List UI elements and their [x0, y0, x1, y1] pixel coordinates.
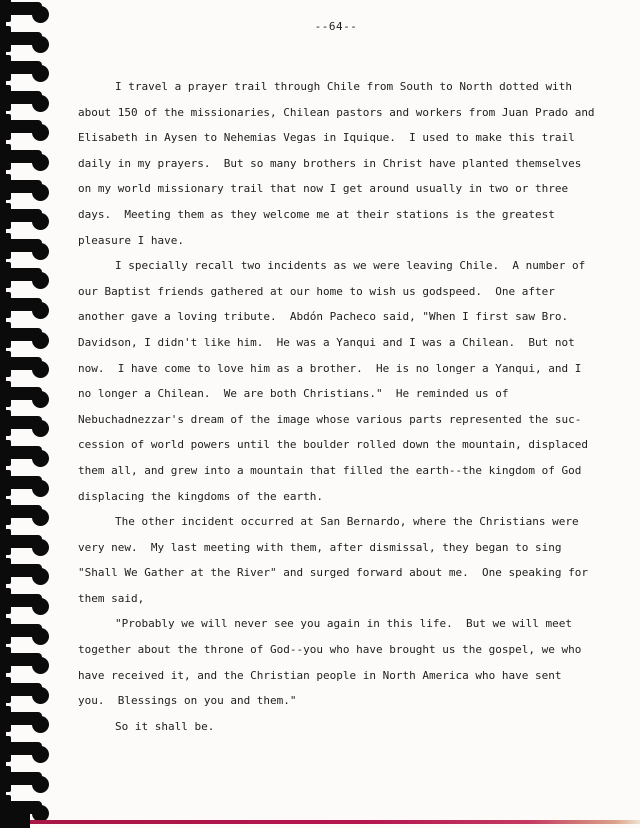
text-line: The other incident occurred at San Berna… — [78, 509, 618, 535]
text-line: daily in my prayers. But so many brother… — [78, 151, 618, 177]
text-line: them all, and grew into a mountain that … — [78, 458, 618, 484]
text-line: Elisabeth in Aysen to Nehemias Vegas in … — [78, 125, 618, 151]
binding-tooth — [0, 416, 42, 429]
text-line: another gave a loving tribute. Abdón Pac… — [78, 304, 618, 330]
text-line: Nebuchadnezzar's dream of the image whos… — [78, 407, 618, 433]
binding-tooth — [0, 535, 42, 548]
text-line: So it shall be. — [78, 714, 618, 740]
text-line: I specially recall two incidents as we w… — [78, 253, 618, 279]
text-line: together about the throne of God--you wh… — [78, 637, 618, 663]
binding-tooth — [0, 476, 42, 489]
binding-tooth — [0, 91, 42, 104]
binding-tooth — [0, 594, 42, 607]
text-line: you. Blessings on you and them." — [78, 688, 618, 714]
binding-tooth — [0, 2, 42, 15]
binding-tooth — [0, 180, 42, 193]
text-line: on my world missionary trail that now I … — [78, 176, 618, 202]
text-line: "Probably we will never see you again in… — [78, 611, 618, 637]
paragraph: I travel a prayer trail through Chile fr… — [78, 74, 618, 253]
paragraph: I specially recall two incidents as we w… — [78, 253, 618, 509]
text-line: pleasure I have. — [78, 228, 618, 254]
binding-tooth — [0, 328, 42, 341]
binding-tooth — [0, 32, 42, 45]
text-line: Davidson, I didn't like him. He was a Ya… — [78, 330, 618, 356]
binding-tooth — [0, 268, 42, 281]
text-line: cession of world powers until the boulde… — [78, 432, 618, 458]
binding-tooth — [0, 564, 42, 577]
text-line: about 150 of the missionaries, Chilean p… — [78, 100, 618, 126]
text-line: "Shall We Gather at the River" and surge… — [78, 560, 618, 586]
binding-tooth — [0, 120, 42, 133]
text-line: no longer a Chilean. We are both Christi… — [78, 381, 618, 407]
binding-tooth — [0, 209, 42, 222]
binding-tooth — [0, 357, 42, 370]
scanned-document-page: --64-- I travel a prayer trail through C… — [0, 0, 640, 828]
binding-tooth — [0, 446, 42, 459]
corner-block — [0, 814, 30, 828]
binding-tooth — [0, 772, 42, 785]
binding-tooth — [0, 150, 42, 163]
text-line: I travel a prayer trail through Chile fr… — [78, 74, 618, 100]
text-line: our Baptist friends gathered at our home… — [78, 279, 618, 305]
binding-tooth — [0, 801, 42, 814]
binding-tooth — [0, 61, 42, 74]
paragraph: "Probably we will never see you again in… — [78, 611, 618, 713]
text-line: very new. My last meeting with them, aft… — [78, 535, 618, 561]
text-line: them said, — [78, 586, 618, 612]
binding-tooth — [0, 683, 42, 696]
text-line: now. I have come to love him as a brothe… — [78, 356, 618, 382]
binding-tooth — [0, 653, 42, 666]
binding-tooth — [0, 239, 42, 252]
binding-tooth — [0, 505, 42, 518]
page-number: --64-- — [78, 20, 594, 33]
binding-tooth — [0, 298, 42, 311]
binding-tooth — [0, 624, 42, 637]
text-line: days. Meeting them as they welcome me at… — [78, 202, 618, 228]
text-line: have received it, and the Christian peop… — [78, 663, 618, 689]
paragraph: So it shall be. — [78, 714, 618, 740]
binding-tooth — [0, 742, 42, 755]
paragraph: The other incident occurred at San Berna… — [78, 509, 618, 611]
binding-tooth — [0, 387, 42, 400]
document-text: I travel a prayer trail through Chile fr… — [78, 74, 618, 739]
spiral-binding — [0, 0, 58, 828]
footer-stripe — [26, 820, 640, 824]
text-line: displacing the kingdoms of the earth. — [78, 484, 618, 510]
binding-tooth — [0, 712, 42, 725]
